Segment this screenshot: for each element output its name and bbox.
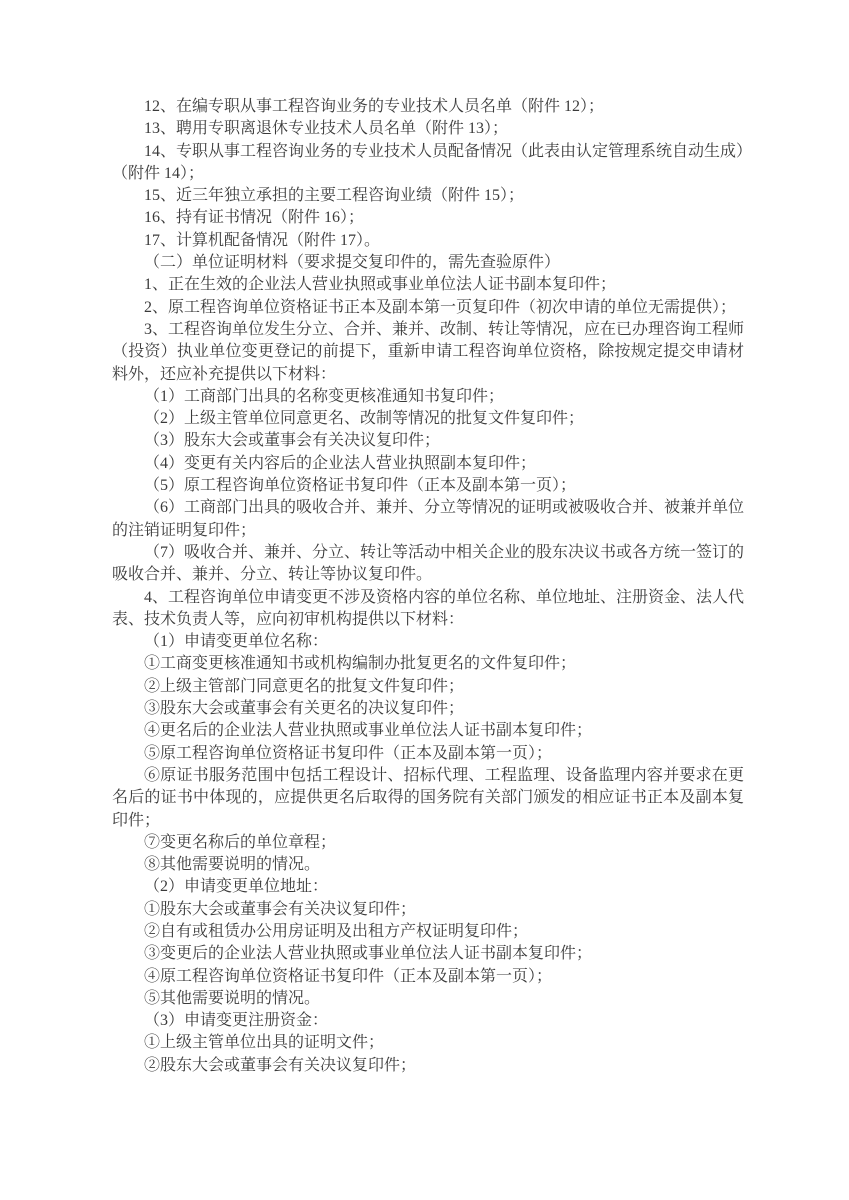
- paragraph: ⑦变更名称后的单位章程；: [112, 832, 744, 854]
- paragraph: 15、近三年独立承担的主要工程咨询业绩（附件 15）；: [112, 185, 744, 207]
- paragraph: ④原工程咨询单位资格证书复印件（正本及副本第一页）；: [112, 966, 744, 988]
- paragraph: （1）申请变更单位名称：: [112, 631, 744, 653]
- paragraph: （二）单位证明材料（要求提交复印件的，需先查验原件）: [112, 252, 744, 274]
- paragraph: （3）申请变更注册资金：: [112, 1010, 744, 1032]
- paragraph: ①上级主管单位出具的证明文件；: [112, 1032, 744, 1054]
- paragraph: （3）股东大会或董事会有关决议复印件；: [112, 430, 744, 452]
- document-page: 12、在编专职从事工程咨询业务的专业技术人员名单（附件 12）；13、聘用专职离…: [0, 0, 849, 1200]
- paragraph: ④更名后的企业法人营业执照或事业单位法人证书副本复印件；: [112, 720, 744, 742]
- paragraph: ②上级主管部门同意更名的批复文件复印件；: [112, 676, 744, 698]
- paragraph: ⑥原证书服务范围中包括工程设计、招标代理、工程监理、设备监理内容并要求在更名后的…: [112, 765, 744, 832]
- document-body: 12、在编专职从事工程咨询业务的专业技术人员名单（附件 12）；13、聘用专职离…: [112, 96, 744, 1077]
- paragraph: 17、计算机配备情况（附件 17）。: [112, 230, 744, 252]
- paragraph: ⑤原工程咨询单位资格证书复印件（正本及副本第一页）；: [112, 743, 744, 765]
- paragraph: 16、持有证书情况（附件 16）；: [112, 207, 744, 229]
- paragraph: （4）变更有关内容后的企业法人营业执照副本复印件；: [112, 453, 744, 475]
- paragraph: 14、专职从事工程咨询业务的专业技术人员配备情况（此表由认定管理系统自动生成）（…: [112, 141, 744, 186]
- paragraph: （1）工商部门出具的名称变更核准通知书复印件；: [112, 386, 744, 408]
- paragraph: 12、在编专职从事工程咨询业务的专业技术人员名单（附件 12）；: [112, 96, 744, 118]
- paragraph: ①股东大会或董事会有关决议复印件；: [112, 899, 744, 921]
- paragraph: 4、工程咨询单位申请变更不涉及资格内容的单位名称、单位地址、注册资金、法人代表、…: [112, 587, 744, 632]
- paragraph: （6）工商部门出具的吸收合并、兼并、分立等情况的证明或被吸收合并、被兼并单位的注…: [112, 497, 744, 542]
- paragraph: （5）原工程咨询单位资格证书复印件（正本及副本第一页）；: [112, 475, 744, 497]
- paragraph: 2、原工程咨询单位资格证书正本及副本第一页复印件（初次申请的单位无需提供）；: [112, 297, 744, 319]
- paragraph: ②股东大会或董事会有关决议复印件；: [112, 1055, 744, 1077]
- paragraph: 1、正在生效的企业法人营业执照或事业单位法人证书副本复印件；: [112, 274, 744, 296]
- paragraph: （7）吸收合并、兼并、分立、转让等活动中相关企业的股东决议书或各方统一签订的吸收…: [112, 542, 744, 587]
- paragraph: ②自有或租赁办公用房证明及出租方产权证明复印件；: [112, 921, 744, 943]
- paragraph: ③股东大会或董事会有关更名的决议复印件；: [112, 698, 744, 720]
- paragraph: ⑧其他需要说明的情况。: [112, 854, 744, 876]
- paragraph: 3、工程咨询单位发生分立、合并、兼并、改制、转让等情况，应在已办理咨询工程师（投…: [112, 319, 744, 386]
- paragraph: ⑤其他需要说明的情况。: [112, 988, 744, 1010]
- paragraph: ①工商变更核准通知书或机构编制办批复更名的文件复印件；: [112, 653, 744, 675]
- paragraph: ③变更后的企业法人营业执照或事业单位法人证书副本复印件；: [112, 943, 744, 965]
- paragraph: （2）申请变更单位地址：: [112, 876, 744, 898]
- paragraph: （2）上级主管单位同意更名、改制等情况的批复文件复印件；: [112, 408, 744, 430]
- paragraph: 13、聘用专职离退休专业技术人员名单（附件 13）；: [112, 118, 744, 140]
